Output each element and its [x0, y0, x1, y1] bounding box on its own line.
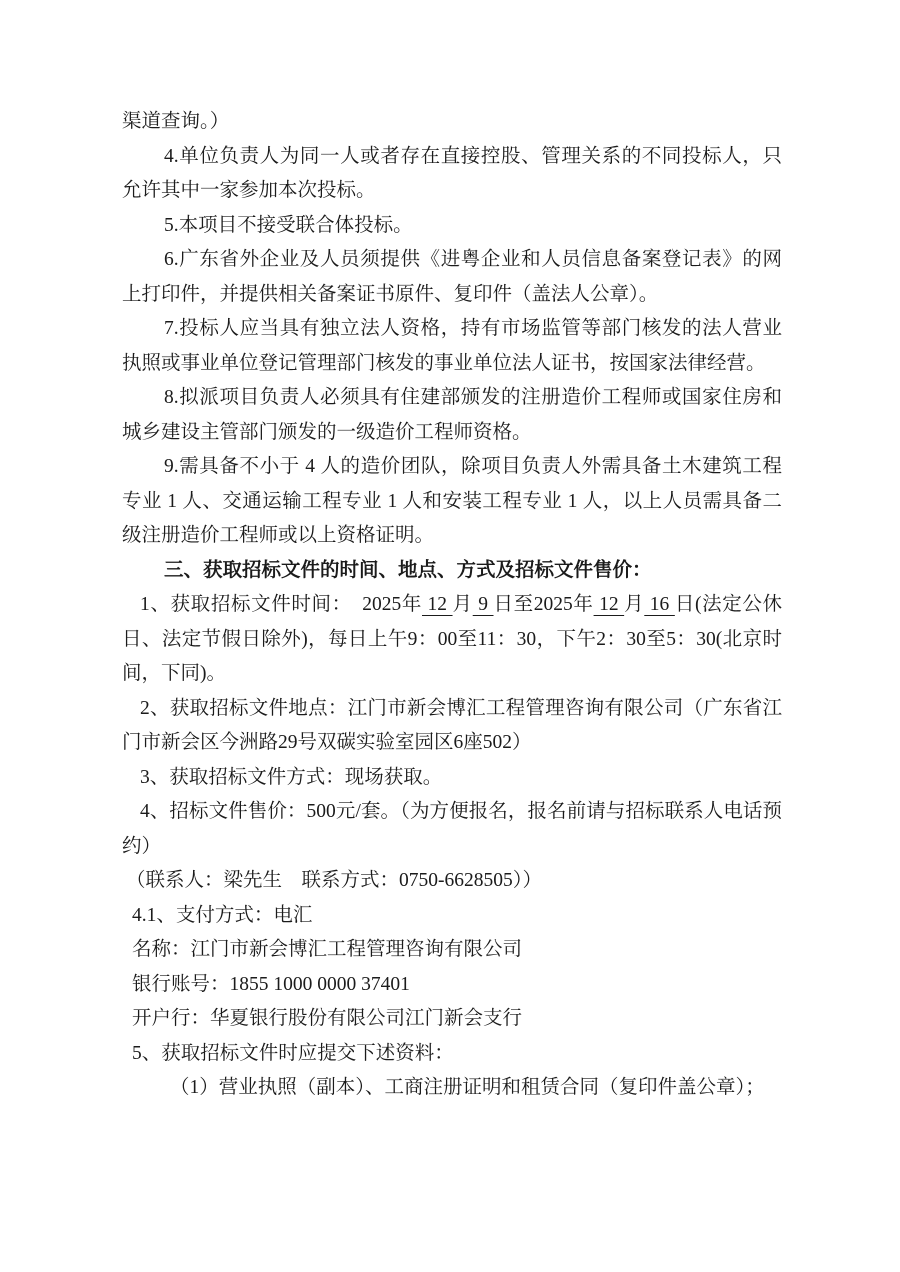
- paragraph-rule-5: 5.本项目不接受联合体投标。: [122, 209, 782, 244]
- paragraph-rule-4: 4.单位负责人为同一人或者存在直接控股、管理关系的不同投标人，只允许其中一家参加…: [122, 140, 782, 209]
- document-page: 渠道查询。） 4.单位负责人为同一人或者存在直接控股、管理关系的不同投标人，只允…: [0, 0, 900, 1272]
- document-body: 渠道查询。） 4.单位负责人为同一人或者存在直接控股、管理关系的不同投标人，只允…: [122, 105, 782, 1106]
- item1-sep-3: 月: [624, 594, 644, 615]
- paragraph-rule-8: 8.拟派项目负责人必须具有住建部颁发的注册造价工程师或国家住房和城乡建设主管部门…: [122, 381, 782, 450]
- paragraph-item-3-method: 3、获取招标文件方式：现场获取。: [122, 761, 782, 796]
- paragraph-item-5-materials: 5、获取招标文件时应提交下述资料：: [122, 1037, 782, 1072]
- paragraph-rule-6: 6.广东省外企业及人员须提供《进粤企业和人员信息备案登记表》的网上打印件，并提供…: [122, 243, 782, 312]
- paragraph-rule-9: 9.需具备不小于 4 人的造价团队，除项目负责人外需具备土木建筑工程专业 1 人…: [122, 450, 782, 554]
- paragraph-payee-name: 名称：江门市新会博汇工程管理咨询有限公司: [122, 933, 782, 968]
- item1-day-2-underlined: 16: [644, 594, 675, 615]
- paragraph-contact-line: （联系人：梁先生 联系方式：0750-6628505））: [122, 864, 782, 899]
- paragraph-bank-account: 银行账号：1855 1000 0000 37401: [122, 968, 782, 1003]
- item1-sep-2: 日至2025年: [494, 594, 594, 615]
- paragraph-rule-7: 7.投标人应当具有独立法人资格，持有市场监管等部门核发的法人营业执照或事业单位登…: [122, 312, 782, 381]
- paragraph-item-4-price: 4、招标文件售价：500元/套。（为方便报名，报名前请与招标联系人电话预约）: [122, 795, 782, 864]
- paragraph-item-2-location: 2、获取招标文件地点：江门市新会博汇工程管理咨询有限公司（广东省江门市新会区今洲…: [122, 692, 782, 761]
- item1-prefix: 1、获取招标文件时间： 2025年: [140, 594, 422, 615]
- section-3-heading: 三、获取招标文件的时间、地点、方式及招标文件售价：: [122, 554, 782, 589]
- paragraph-bank-branch: 开户行：华夏银行股份有限公司江门新会支行: [122, 1002, 782, 1037]
- paragraph-item-4-1-payment: 4.1、支付方式：电汇: [122, 899, 782, 934]
- paragraph-fragment-channel-query: 渠道查询。）: [122, 105, 782, 140]
- paragraph-item-1-time: 1、获取招标文件时间： 2025年 12 月 9 日至2025年 12 月 16…: [122, 588, 782, 692]
- paragraph-item-5-1-license: （1）营业执照（副本）、工商注册证明和租赁合同（复印件盖公章）；: [122, 1071, 782, 1106]
- item1-day-1-underlined: 9: [473, 594, 494, 615]
- item1-month-2-underlined: 12: [594, 594, 625, 615]
- item1-sep-1: 月: [453, 594, 473, 615]
- item1-month-1-underlined: 12: [422, 594, 453, 615]
